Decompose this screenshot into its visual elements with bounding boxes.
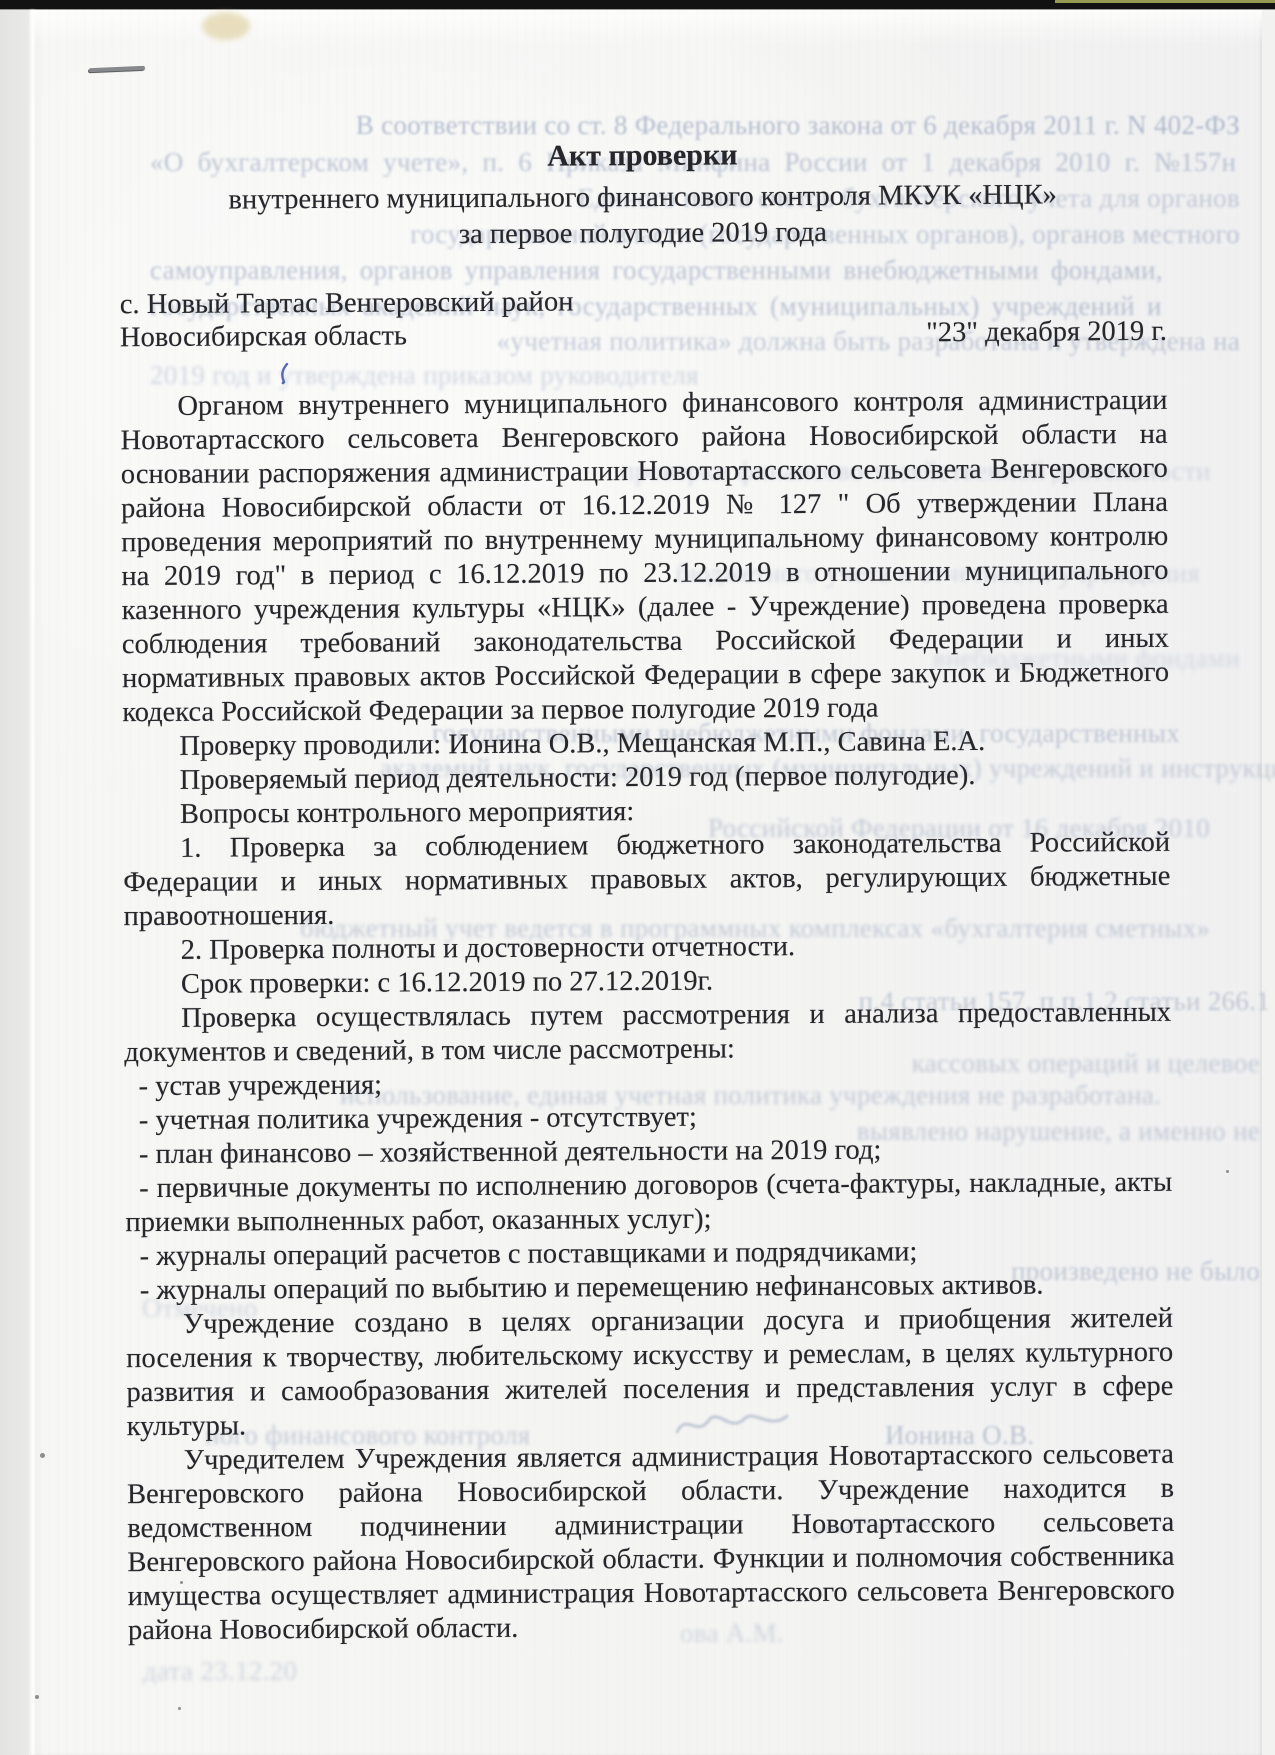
ink-mark	[277, 362, 293, 386]
document-date: "23" декабря 2019 г.	[926, 315, 1167, 349]
place-date-block: с. Новый Тартас Венгеровский район Новос…	[120, 282, 1167, 354]
paragraph: Учреждение создано в целях организации д…	[126, 1302, 1174, 1444]
dust-speck	[180, 1581, 183, 1584]
title-line-1: Акт проверки	[119, 135, 1166, 177]
paragraph: Органом внутреннего муниципального финан…	[120, 384, 1169, 730]
scanner-edge-tint	[1055, 0, 1275, 3]
paragraph: 1. Проверка за соблюдением бюджетного за…	[123, 826, 1171, 934]
title-line-3: за первое полугодие 2019 года	[119, 213, 1166, 255]
page-edge-highlight	[30, 10, 35, 1755]
paper-page: В соответствии со ст. 8 Федерального зак…	[30, 10, 1262, 1755]
paragraph: Учредителем Учреждения является админист…	[127, 1438, 1175, 1648]
paragraph: - первичные документы по исполнению дого…	[125, 1166, 1172, 1240]
dust-speck	[1226, 1170, 1229, 1173]
document-content: Акт проверки внутреннего муниципального …	[118, 7, 1175, 1648]
paper-stain	[202, 12, 250, 40]
paragraph: Проверка осуществлялась путем рассмотрен…	[124, 996, 1171, 1070]
place-line-2: Новосибирская область	[120, 319, 407, 354]
dust-speck	[40, 1453, 45, 1458]
bleedthrough-text: дата 23.12.20	[143, 1656, 393, 1686]
place-date-row: Новосибирская область "23" декабря 2019 …	[120, 315, 1167, 354]
document-title: Акт проверки внутреннего муниципального …	[119, 135, 1167, 255]
scanned-document: В соответствии со ст. 8 Федерального зак…	[0, 0, 1275, 1755]
dust-speck	[178, 1707, 181, 1710]
paragraphs: Органом внутреннего муниципального финан…	[120, 384, 1175, 1648]
title-line-2: внутреннего муниципального финансового к…	[119, 177, 1166, 219]
dust-speck	[35, 1695, 39, 1699]
